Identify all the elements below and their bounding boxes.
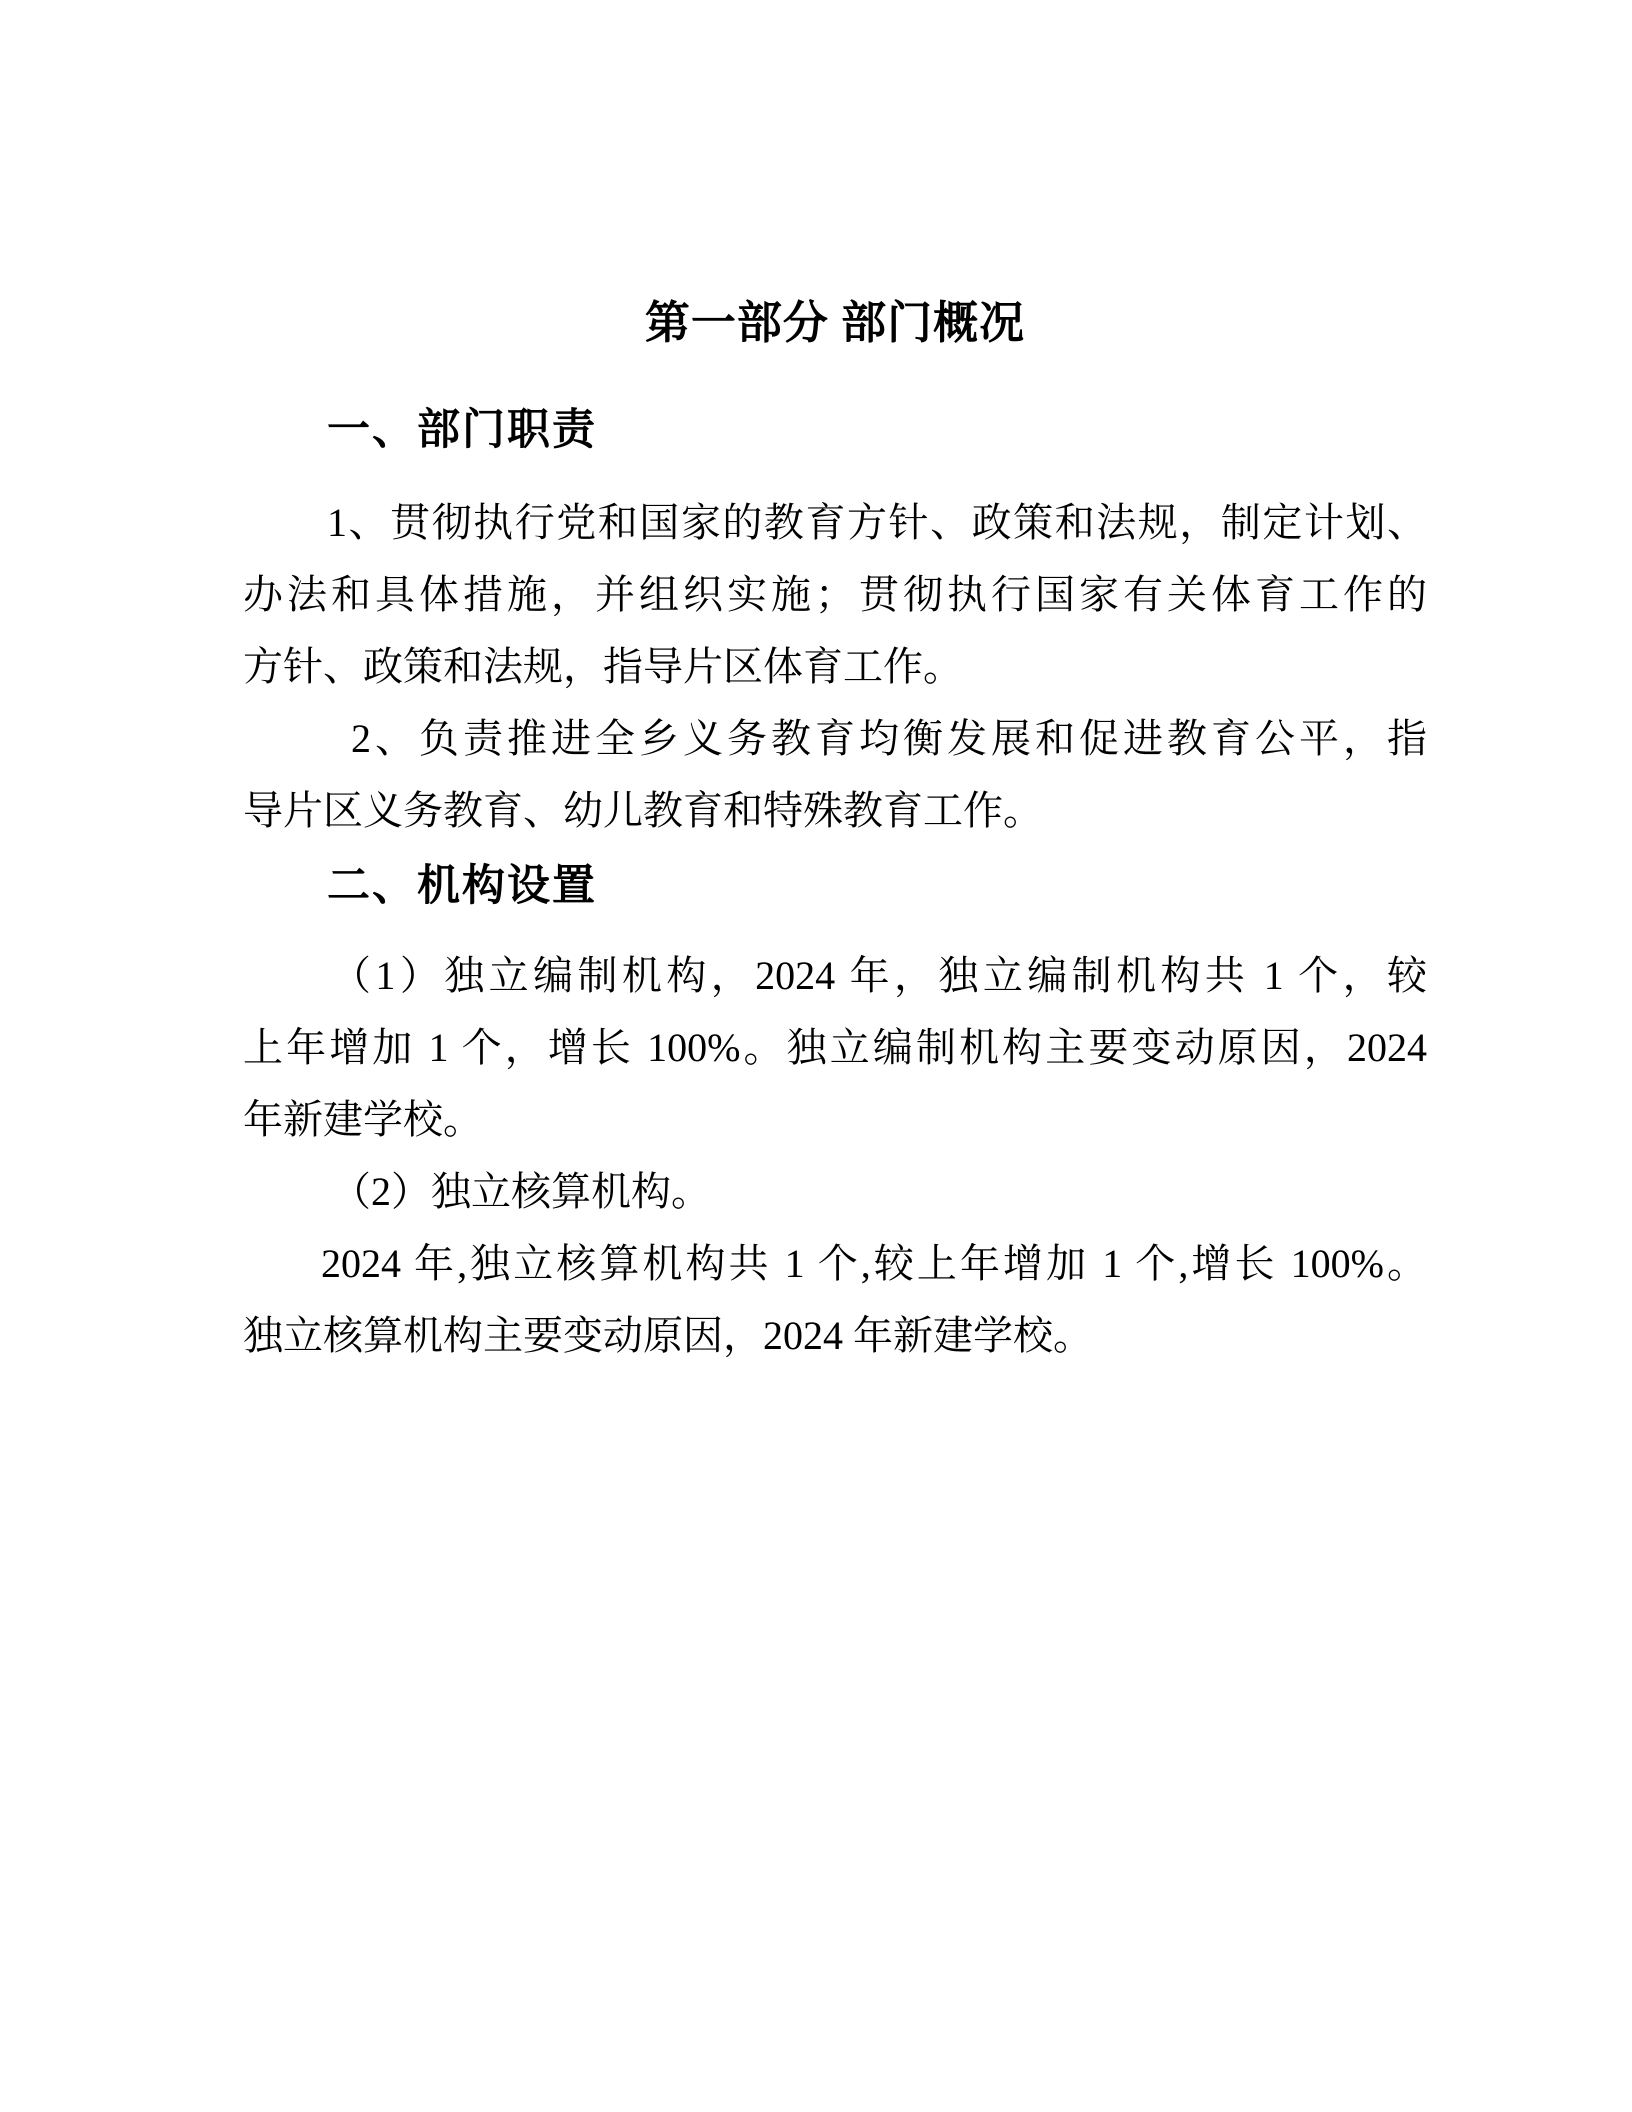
document-content: 第一部分 部门概况 一、部门职责 1、贯彻执行党和国家的教育方针、政策和法规，制… (0, 0, 1632, 1372)
paragraph-line: （1）独立编制机构，2024 年，独立编制机构共 1 个，较 (243, 940, 1427, 1012)
paragraph-group-duties: 1、贯彻执行党和国家的教育方针、政策和法规，制定计划、 办法和具体措施，并组织实… (243, 487, 1427, 847)
paragraph-line: 上年增加 1 个，增长 100%。独立编制机构主要变动原因，2024 (243, 1012, 1427, 1084)
document-page: 第一部分 部门概况 一、部门职责 1、贯彻执行党和国家的教育方针、政策和法规，制… (0, 0, 1632, 2112)
paragraph-line: 办法和具体措施，并组织实施；贯彻执行国家有关体育工作的 (243, 559, 1427, 631)
section-heading-department-duties: 一、部门职责 (243, 407, 1427, 453)
paragraph-group-organization: （1）独立编制机构，2024 年，独立编制机构共 1 个，较 上年增加 1 个，… (243, 940, 1427, 1372)
paragraph-line: 年新建学校。 (243, 1084, 1427, 1156)
paragraph-line: （2）独立核算机构。 (243, 1156, 1427, 1228)
paragraph-line: 导片区义务教育、幼儿教育和特殊教育工作。 (243, 775, 1427, 847)
paragraph-line: 方针、政策和法规，指导片区体育工作。 (243, 631, 1427, 703)
paragraph-line: 独立核算机构主要变动原因，2024 年新建学校。 (243, 1300, 1427, 1372)
document-title: 第一部分 部门概况 (243, 0, 1427, 350)
paragraph-line: 2024 年,独立核算机构共 1 个,较上年增加 1 个,增长 100%。 (243, 1228, 1427, 1300)
paragraph-line: 2、负责推进全乡义务教育均衡发展和促进教育公平，指 (243, 703, 1427, 775)
section-heading-organization-setup: 二、机构设置 (243, 863, 1427, 909)
paragraph-line: 1、贯彻执行党和国家的教育方针、政策和法规，制定计划、 (243, 487, 1427, 559)
